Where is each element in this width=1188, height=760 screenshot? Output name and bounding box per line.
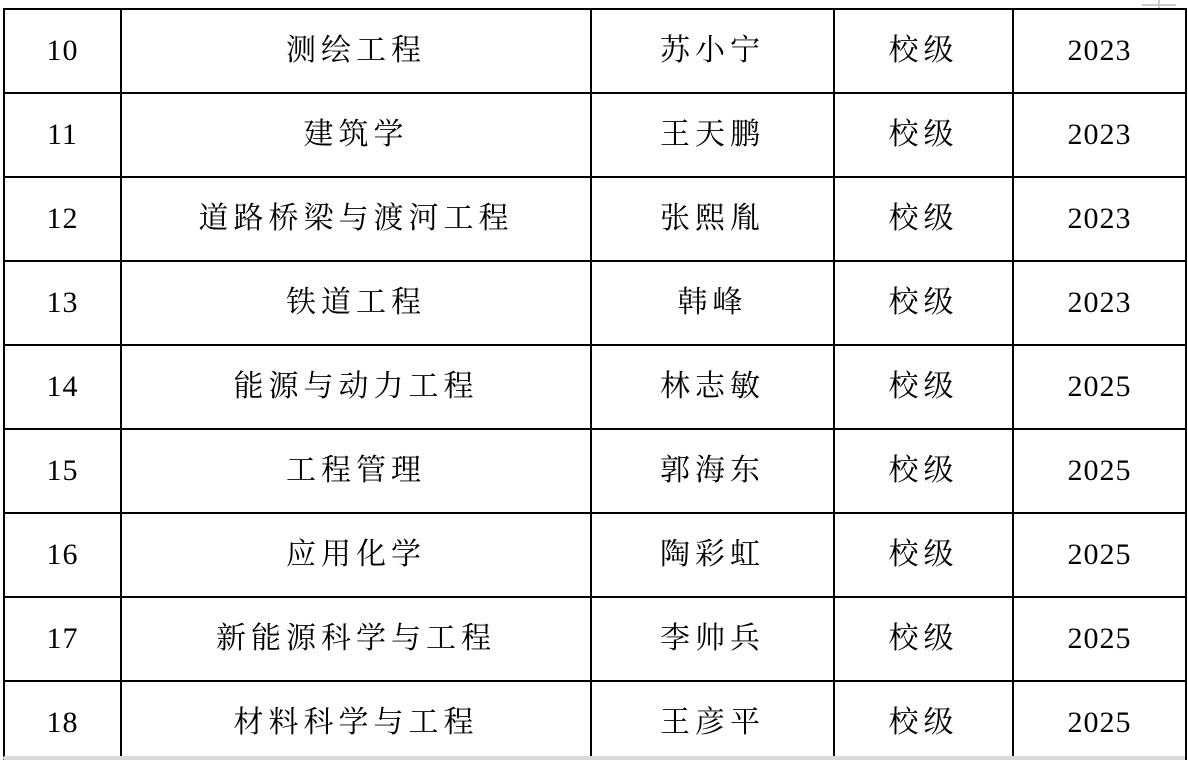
year-cell: 2025	[1013, 429, 1186, 513]
table-row: 17 新能源科学与工程 李帅兵 校级 2025	[4, 597, 1186, 681]
row-index-cell: 16	[4, 513, 121, 597]
program-name-cell: 新能源科学与工程	[121, 597, 591, 681]
table-row: 10 测绘工程 苏小宁 校级 2023	[4, 9, 1186, 93]
program-name-cell: 建筑学	[121, 93, 591, 177]
scrollbar-artifact-vertical	[1158, 0, 1160, 8]
program-name-cell: 应用化学	[121, 513, 591, 597]
person-name-cell: 张熙胤	[591, 177, 834, 261]
person-name-cell: 陶彩虹	[591, 513, 834, 597]
table-row: 11 建筑学 王天鹏 校级 2023	[4, 93, 1186, 177]
table-row: 18 材料科学与工程 王彦平 校级 2025	[4, 681, 1186, 760]
program-name-cell: 铁道工程	[121, 261, 591, 345]
row-index-cell: 13	[4, 261, 121, 345]
level-cell: 校级	[834, 429, 1013, 513]
program-name-cell: 测绘工程	[121, 9, 591, 93]
level-cell: 校级	[834, 681, 1013, 760]
year-cell: 2023	[1013, 261, 1186, 345]
level-cell: 校级	[834, 9, 1013, 93]
level-cell: 校级	[834, 597, 1013, 681]
table-body: 10 测绘工程 苏小宁 校级 2023 11 建筑学 王天鹏 校级 2023 1…	[4, 9, 1186, 760]
level-cell: 校级	[834, 93, 1013, 177]
program-name-cell: 工程管理	[121, 429, 591, 513]
programs-table: 10 测绘工程 苏小宁 校级 2023 11 建筑学 王天鹏 校级 2023 1…	[3, 8, 1187, 760]
table-row: 16 应用化学 陶彩虹 校级 2025	[4, 513, 1186, 597]
person-name-cell: 李帅兵	[591, 597, 834, 681]
level-cell: 校级	[834, 513, 1013, 597]
level-cell: 校级	[834, 345, 1013, 429]
row-index-cell: 11	[4, 93, 121, 177]
table-row: 14 能源与动力工程 林志敏 校级 2025	[4, 345, 1186, 429]
year-cell: 2023	[1013, 177, 1186, 261]
table-row: 13 铁道工程 韩峰 校级 2023	[4, 261, 1186, 345]
year-cell: 2025	[1013, 345, 1186, 429]
table-row: 15 工程管理 郭海东 校级 2025	[4, 429, 1186, 513]
year-cell: 2023	[1013, 93, 1186, 177]
person-name-cell: 林志敏	[591, 345, 834, 429]
row-index-cell: 12	[4, 177, 121, 261]
program-name-cell: 道路桥梁与渡河工程	[121, 177, 591, 261]
level-cell: 校级	[834, 177, 1013, 261]
row-index-cell: 10	[4, 9, 121, 93]
year-cell: 2025	[1013, 681, 1186, 760]
person-name-cell: 王彦平	[591, 681, 834, 760]
page-bottom-edge	[3, 756, 1185, 760]
year-cell: 2023	[1013, 9, 1186, 93]
person-name-cell: 王天鹏	[591, 93, 834, 177]
row-index-cell: 14	[4, 345, 121, 429]
person-name-cell: 苏小宁	[591, 9, 834, 93]
year-cell: 2025	[1013, 597, 1186, 681]
row-index-cell: 15	[4, 429, 121, 513]
row-index-cell: 17	[4, 597, 121, 681]
table-row: 12 道路桥梁与渡河工程 张熙胤 校级 2023	[4, 177, 1186, 261]
year-cell: 2025	[1013, 513, 1186, 597]
program-name-cell: 材料科学与工程	[121, 681, 591, 760]
program-name-cell: 能源与动力工程	[121, 345, 591, 429]
person-name-cell: 韩峰	[591, 261, 834, 345]
level-cell: 校级	[834, 261, 1013, 345]
person-name-cell: 郭海东	[591, 429, 834, 513]
row-index-cell: 18	[4, 681, 121, 760]
